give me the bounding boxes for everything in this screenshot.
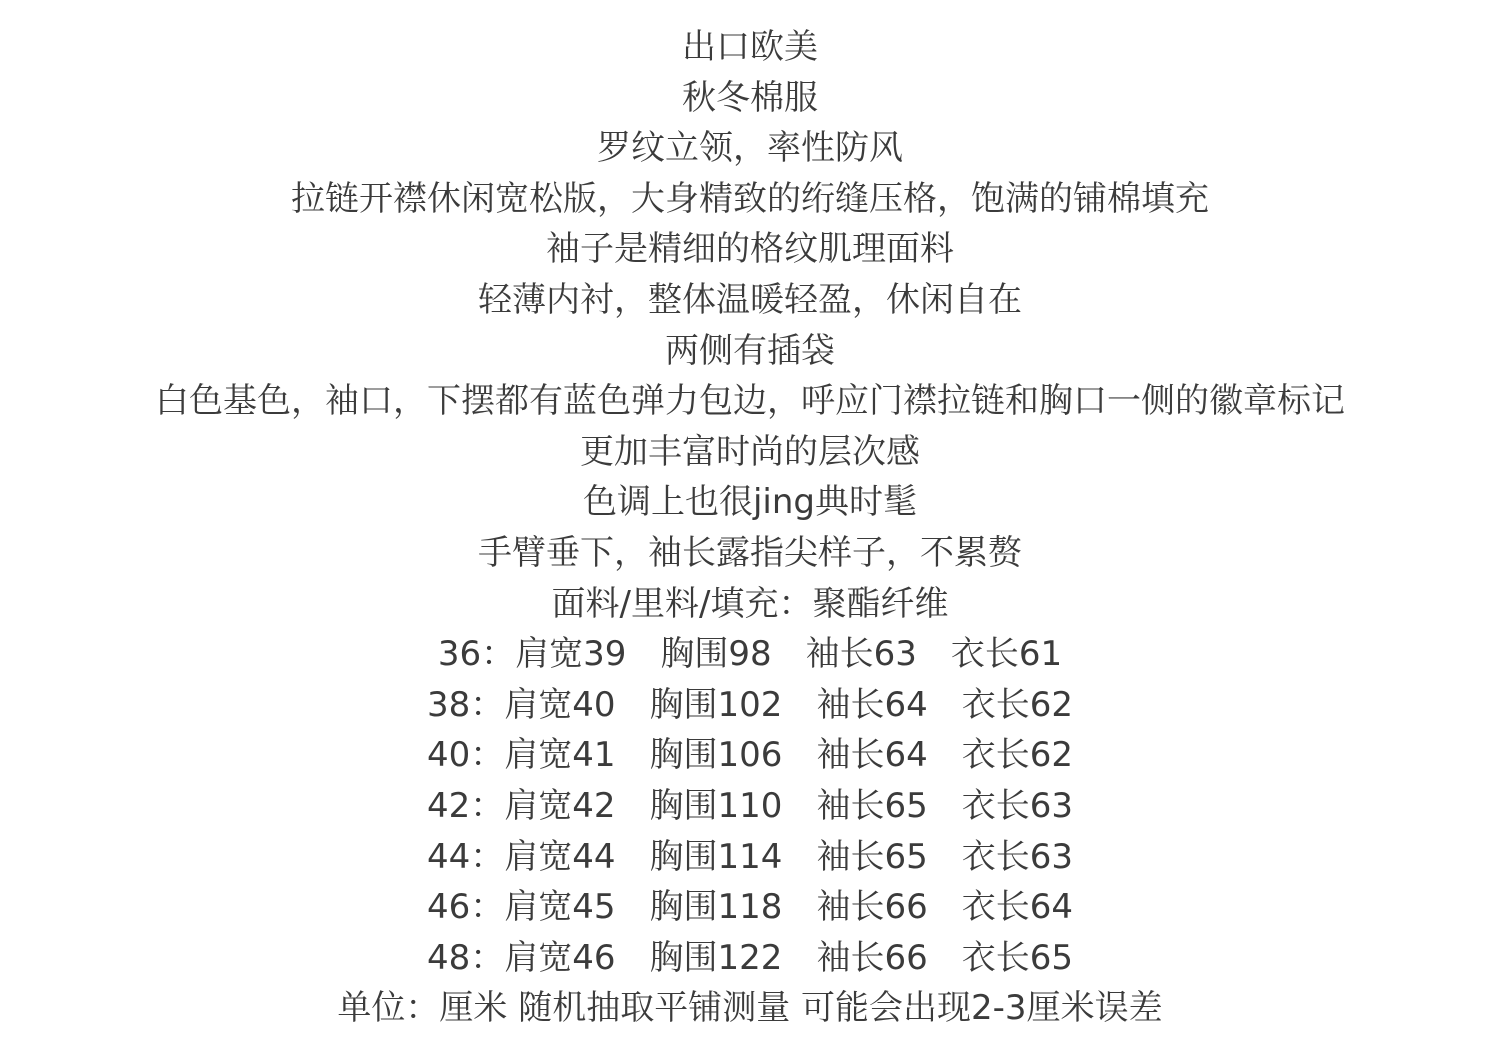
size-value: 40： [427, 730, 504, 781]
measurement-cell: 衣长62 [962, 680, 1073, 731]
measurement-cell: 肩宽41 [504, 730, 615, 781]
unit-note: 单位：厘米 随机抽取平铺测量 可能会出现2-3厘米误差 [0, 983, 1500, 1034]
text-line: 白色基色，袖口，下摆都有蓝色弹力包边，呼应门襟拉链和胸口一侧的徽章标记 [0, 376, 1500, 427]
text-line: 袖子是精细的格纹肌理面料 [0, 224, 1500, 275]
size-value: 48： [427, 933, 504, 984]
size-value: 46： [427, 882, 504, 933]
measurement-cell: 胸围110 [650, 781, 783, 832]
size-value: 42： [427, 781, 504, 832]
measurement-cell: 衣长63 [962, 781, 1073, 832]
size-value: 36： [438, 629, 515, 680]
measurement-cell: 袖长65 [816, 832, 927, 883]
description-section: 出口欧美秋冬棉服罗纹立领，率性防风拉链开襟休闲宽松版，大身精致的绗缝压格，饱满的… [0, 22, 1500, 629]
measurement-cell: 袖长66 [816, 882, 927, 933]
text-line: 两侧有插袋 [0, 326, 1500, 377]
measurement-cell: 袖长63 [806, 629, 917, 680]
measurement-cell: 袖长64 [816, 730, 927, 781]
measurement-cell: 袖长64 [816, 680, 927, 731]
text-line: 面料/里料/填充：聚酯纤维 [0, 579, 1500, 630]
text-line: 轻薄内衬，整体温暖轻盈，休闲自在 [0, 275, 1500, 326]
measurement-cell: 肩宽39 [515, 629, 626, 680]
text-line: 色调上也很jing典时髦 [0, 477, 1500, 528]
measurement-cell: 衣长61 [951, 629, 1062, 680]
size-row: 46：肩宽45胸围118袖长66衣长64 [0, 882, 1500, 933]
measurement-cell: 衣长64 [962, 882, 1073, 933]
measurement-cell: 衣长63 [962, 832, 1073, 883]
measurement-cell: 胸围118 [650, 882, 783, 933]
size-row: 48：肩宽46胸围122袖长66衣长65 [0, 933, 1500, 984]
size-value: 38： [427, 680, 504, 731]
measurement-cell: 肩宽45 [504, 882, 615, 933]
size-row: 36：肩宽39胸围98袖长63衣长61 [0, 629, 1500, 680]
measurement-cell: 胸围114 [650, 832, 783, 883]
text-line: 拉链开襟休闲宽松版，大身精致的绗缝压格，饱满的铺棉填充 [0, 174, 1500, 225]
text-line: 罗纹立领，率性防风 [0, 123, 1500, 174]
text-line: 手臂垂下，袖长露指尖样子，不累赘 [0, 528, 1500, 579]
measurement-cell: 胸围122 [650, 933, 783, 984]
size-chart-section: 36：肩宽39胸围98袖长63衣长6138：肩宽40胸围102袖长64衣长624… [0, 629, 1500, 983]
measurement-cell: 肩宽42 [504, 781, 615, 832]
size-value: 44： [427, 832, 504, 883]
measurement-cell: 肩宽40 [504, 680, 615, 731]
size-row: 40：肩宽41胸围106袖长64衣长62 [0, 730, 1500, 781]
product-description-page: 出口欧美秋冬棉服罗纹立领，率性防风拉链开襟休闲宽松版，大身精致的绗缝压格，饱满的… [0, 0, 1500, 1064]
measurement-cell: 衣长62 [962, 730, 1073, 781]
size-row: 38：肩宽40胸围102袖长64衣长62 [0, 680, 1500, 731]
size-row: 44：肩宽44胸围114袖长65衣长63 [0, 832, 1500, 883]
measurement-cell: 袖长65 [816, 781, 927, 832]
text-line: 秋冬棉服 [0, 73, 1500, 124]
measurement-cell: 胸围106 [650, 730, 783, 781]
measurement-cell: 衣长65 [962, 933, 1073, 984]
measurement-cell: 肩宽46 [504, 933, 615, 984]
measurement-cell: 肩宽44 [504, 832, 615, 883]
size-row: 42：肩宽42胸围110袖长65衣长63 [0, 781, 1500, 832]
measurement-cell: 袖长66 [816, 933, 927, 984]
text-line: 更加丰富时尚的层次感 [0, 427, 1500, 478]
text-line: 出口欧美 [0, 22, 1500, 73]
measurement-cell: 胸围98 [660, 629, 771, 680]
measurement-cell: 胸围102 [650, 680, 783, 731]
